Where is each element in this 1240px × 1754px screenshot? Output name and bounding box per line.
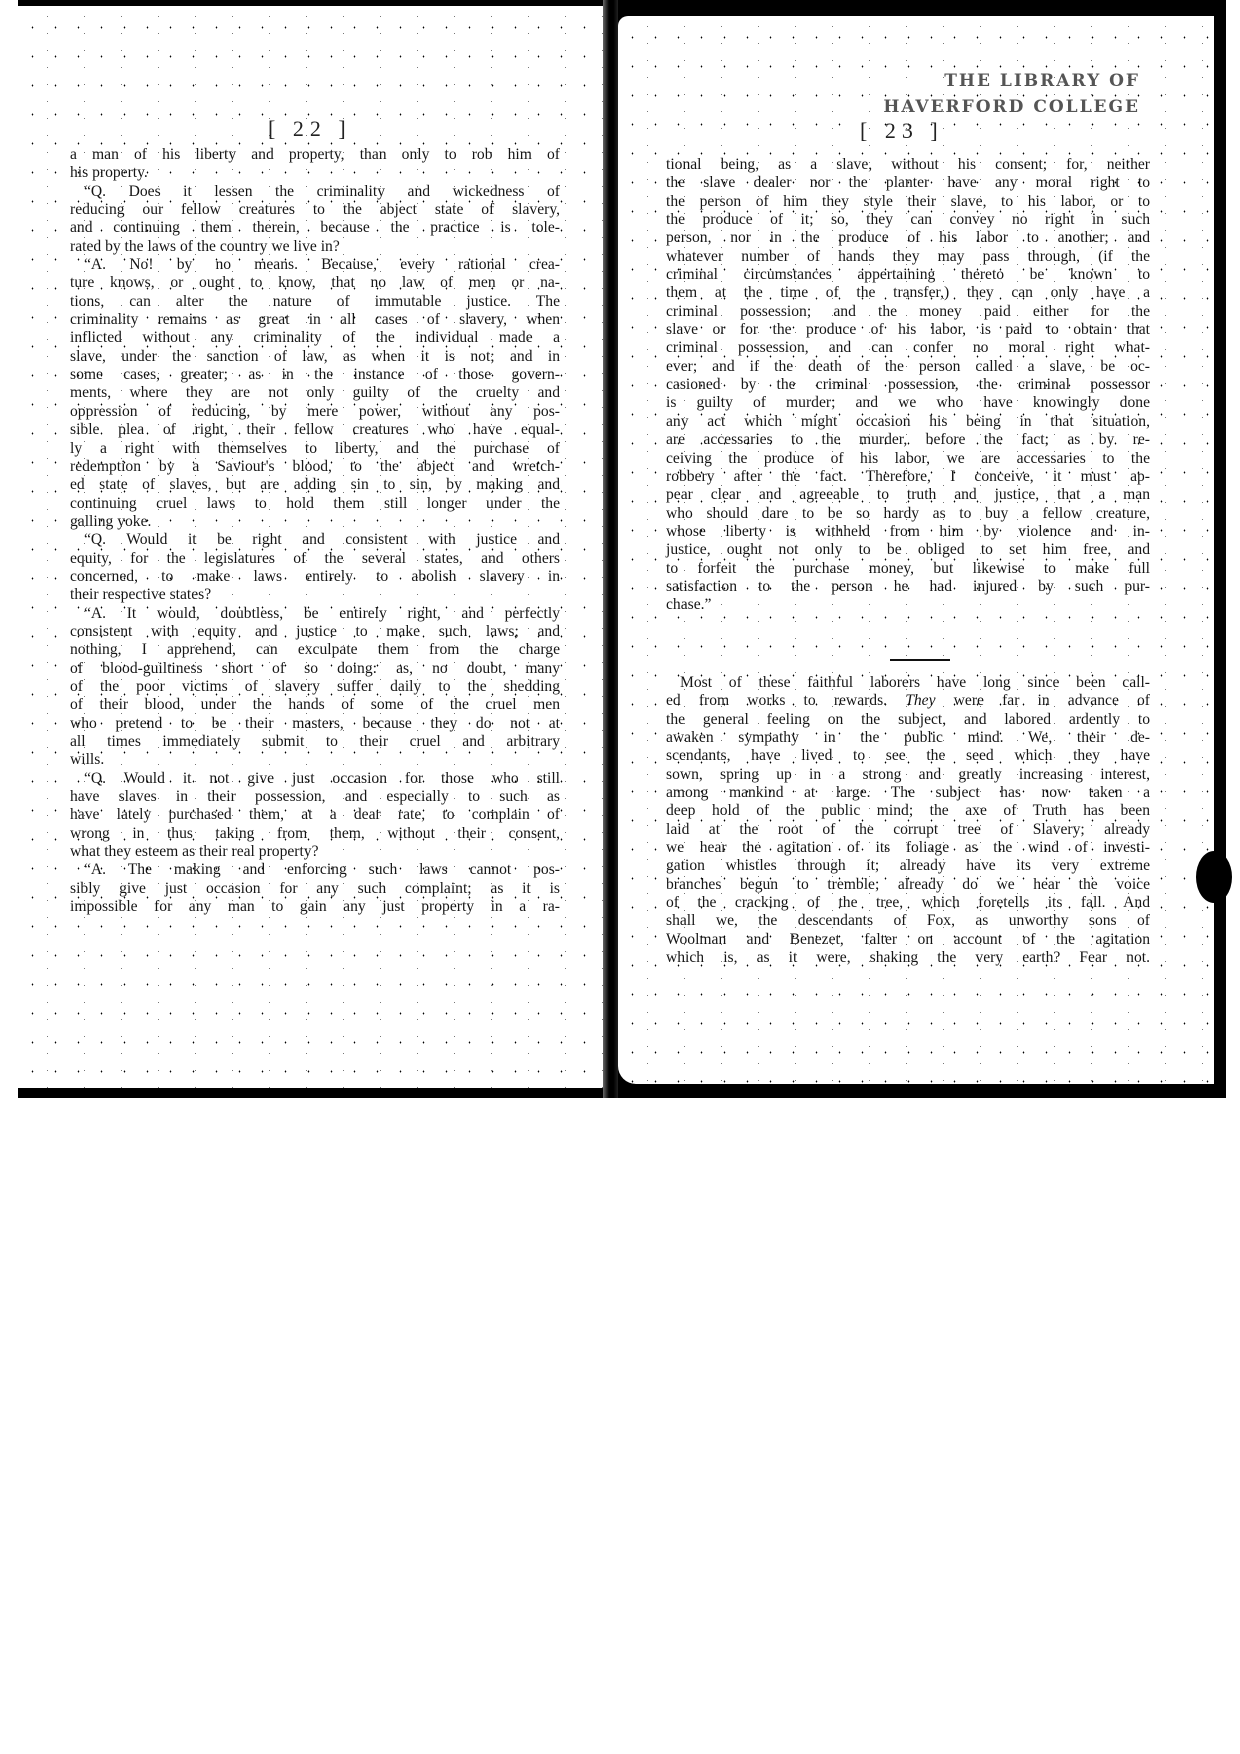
book-spine-gutter [603,0,618,1098]
text-line: ed state of slaves, but are adding sin t… [70,476,560,494]
text-line: justice, ought not only to be obliged to… [666,541,1150,559]
text-line: laid at the root of the corrupt tree of … [666,821,1150,839]
text-line: “Q. Would it be right and consistent wit… [70,531,560,549]
text-line: slave or for the produce of his labor, i… [666,321,1150,339]
text-line: of blood-guiltiness short of so doing: a… [70,660,560,678]
page-number-left: [ 22 ] [268,116,352,142]
text-line: scendants, have lived to see the seed wh… [666,747,1150,765]
text-line: of their blood, under the hands of some … [70,696,560,714]
text-line: sown, spring up in a strong and greatly … [666,766,1150,784]
text-line: continuing cruel laws to hold them still… [70,495,560,513]
text-line: is guilty of murder; and we who have kno… [666,394,1150,412]
text-line: “A. It would, doubtless, be entirely rig… [70,605,560,623]
text-line: who pretend to be their masters, because… [70,715,560,733]
text-line: have slaves in their possession, and esp… [70,788,560,806]
text-line: what they esteem as their real property? [70,843,560,861]
text-line: satisfaction to the person he had injure… [666,578,1150,596]
section-divider-rule [890,659,950,661]
text-line: of the poor victims of slavery suffer da… [70,678,560,696]
text-line: ly a right with themselves to liberty, a… [70,440,560,458]
text-line: ments, where they are not only guilty of… [70,384,560,402]
text-line: “A. No! by no means. Because, every rati… [70,256,560,274]
text-line: impossible for any man to gain any just … [70,898,560,916]
text-line: who should dare to be so hardy as to buy… [666,505,1150,523]
right-page: THE LIBRARY OF HAVERFORD COLLEGE [ 23 ] … [618,16,1214,1084]
text-line: deep hold of the public mind; the axe of… [666,802,1150,820]
text-line: “A. The making and enforcing such laws c… [70,861,560,879]
text-line: are accessaries to the murder, before th… [666,431,1150,449]
text-line: galling yoke. [70,513,560,531]
text-line: “Q. Would it not give just occasion for … [70,770,560,788]
right-page-second-section-text: Most of these faithful laborers have lon… [666,674,1150,968]
text-line: all times immediately submit to their cr… [70,733,560,751]
text-line: the produce of it; so, they can convey n… [666,211,1150,229]
text-line: equity, for the legislatures of the seve… [70,550,560,568]
text-line: have lately purchased them, at a dear ra… [70,806,560,824]
text-line: chase.” [666,596,1150,614]
text-line: nothing, I apprehend, can exculpate them… [70,641,560,659]
text-line: the person of him they style their slave… [666,193,1150,211]
text-line: which is, as it were, shaking the very e… [666,949,1150,967]
text-line: casioned by the criminal possession, the… [666,376,1150,394]
library-stamp-line-2: HAVERFORD COLLEGE [883,94,1140,120]
text-line: consistent with equity and justice to ma… [70,623,560,641]
text-line: reducing our fellow creatures to the abj… [70,201,560,219]
text-line: pear clear and agreeable to truth and ju… [666,486,1150,504]
text-line: to forfeit the purchase money, but likew… [666,560,1150,578]
text-line: robbery after the fact. Therefore, I con… [666,468,1150,486]
text-line: “Q. Does it lessen the criminality and w… [70,183,560,201]
left-page: [ 22 ] a man of his liberty and property… [18,6,603,1088]
text-line: rated by the laws of the country we live… [70,238,560,256]
right-page-body-text: tional being, as a slave, without his co… [666,156,1150,615]
text-line: inflicted without any criminality of the… [70,329,560,347]
text-line: ever; and if the death of the person cal… [666,358,1150,376]
text-line: awaken sympathy in the public mind. We, … [666,729,1150,747]
text-line: wills. [70,751,560,769]
text-line: among mankind at large. The subject has … [666,784,1150,802]
text-line: criminal possession, and can confer no m… [666,339,1150,357]
text-line: any act which might occasion his being i… [666,413,1150,431]
library-stamp: THE LIBRARY OF HAVERFORD COLLEGE [883,68,1140,120]
text-line: concerned, to make laws entirely to abol… [70,568,560,586]
text-line: his property. [70,164,560,182]
scanned-book-spread: [ 22 ] a man of his liberty and property… [18,0,1226,1098]
left-page-body-text: a man of his liberty and property, than … [70,146,560,916]
text-line: a man of his liberty and property, than … [70,146,560,164]
text-line: we hear the agitation of its foliage as … [666,839,1150,857]
text-line: the slave dealer nor the planter have an… [666,174,1150,192]
scan-edge-blot [1196,851,1232,903]
text-line: gation whistles through it; already have… [666,857,1150,875]
text-line: wrong in thus taking from them, without … [70,825,560,843]
page-number-right: [ 23 ] [860,118,944,144]
text-line: oppression of reducing, by mere power, w… [70,403,560,421]
text-line: tions, can alter the nature of immutable… [70,293,560,311]
text-line: ture knows, or ought to know, that no la… [70,274,560,292]
text-line: criminal circumstances appertaining ther… [666,266,1150,284]
text-line: the general feeling on the subject, and … [666,711,1150,729]
text-line: branches begun to tremble; already do we… [666,876,1150,894]
library-stamp-line-1: THE LIBRARY OF [883,68,1140,94]
text-line: whose liberty is withheld from him by vi… [666,523,1150,541]
text-line: sible plea of right, their fellow creatu… [70,421,560,439]
text-line: person, nor in the produce of his labor … [666,229,1150,247]
text-line: them at the time of the transfer,) they … [666,284,1150,302]
text-line: Woolman and Benezet, falter on account o… [666,931,1150,949]
text-line: some cases, greater; as in the instance … [70,366,560,384]
text-line: ceiving the produce of his labor, we are… [666,450,1150,468]
text-line: and continuing them therein, because the… [70,219,560,237]
text-line: criminal possession; and the money paid … [666,303,1150,321]
text-line: of the cracking of the tree, which foret… [666,894,1150,912]
text-line: redemption by a Saviour's blood, to the … [70,458,560,476]
text-line: slave, under the sanction of law, as whe… [70,348,560,366]
text-line: their respective states? [70,586,560,604]
text-line: criminality remains as great in all case… [70,311,560,329]
text-line: sibly give just occasion for any such co… [70,880,560,898]
text-line: ed from works to rewards. They were far … [666,692,1150,710]
text-line: Most of these faithful laborers have lon… [666,674,1150,692]
text-line: whatever number of hands they may pass t… [666,248,1150,266]
text-line: shall we, the descendants of Fox, as unw… [666,912,1150,930]
text-line: tional being, as a slave, without his co… [666,156,1150,174]
